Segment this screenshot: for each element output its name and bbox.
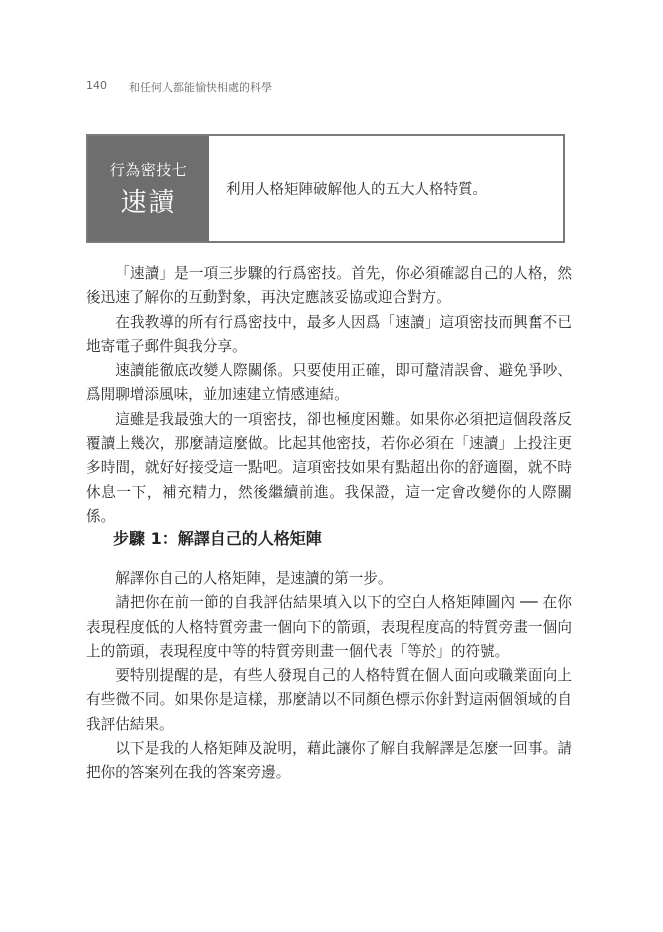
step-section: 解譯你自己的人格矩陣，是速讀的第一步。 請把你在前一節的自我評估結果填入以下的空… <box>86 567 572 786</box>
section-heading: 步驟 1：解譯自己的人格矩陣 <box>113 526 322 549</box>
technique-label-panel: 行為密技七 速讀 <box>88 136 209 241</box>
technique-description: 利用人格矩陣破解他人的五大人格特質。 <box>209 136 563 241</box>
technique-kicker: 行為密技七 <box>110 159 188 180</box>
paragraph: 要特別提醒的是，有些人發現自己的人格特質在個人面向或職業面向上有些微不同。如果你… <box>86 664 572 737</box>
paragraph: 請把你在前一節的自我評估結果填入以下的空白人格矩陣圖內 ── 在你表現程度低的人… <box>86 591 572 664</box>
running-head: 140 和任何人都能愉快相處的科學 <box>86 79 272 95</box>
intro-section: 「速讀」是一項三步驟的行爲密技。首先，你必須確認自己的人格，然後迅速了解你的互動… <box>86 262 572 529</box>
paragraph: 解譯你自己的人格矩陣，是速讀的第一步。 <box>86 567 572 591</box>
technique-box: 行為密技七 速讀 利用人格矩陣破解他人的五大人格特質。 <box>86 134 565 243</box>
paragraph: 這雖是我最強大的一項密技，卻也極度困難。如果你必須把這個段落反覆讀上幾次，那麼請… <box>86 408 572 529</box>
paragraph: 以下是我的人格矩陣及說明，藉此讓你了解自我解譯是怎麼一回事。請把你的答案列在我的… <box>86 737 572 786</box>
paragraph: 「速讀」是一項三步驟的行爲密技。首先，你必須確認自己的人格，然後迅速了解你的互動… <box>86 262 572 311</box>
paragraph: 在我教導的所有行爲密技中，最多人因爲「速讀」這項密技而興奮不已地寄電子郵件與我分… <box>86 311 572 360</box>
book-title: 和任何人都能愉快相處的科學 <box>129 79 272 95</box>
technique-name: 速讀 <box>120 182 176 219</box>
page-number: 140 <box>86 79 107 95</box>
paragraph: 速讀能徹底改變人際關係。只要使用正確，即可釐清誤會、避免爭吵、爲閒聊增添風味，並… <box>86 359 572 408</box>
